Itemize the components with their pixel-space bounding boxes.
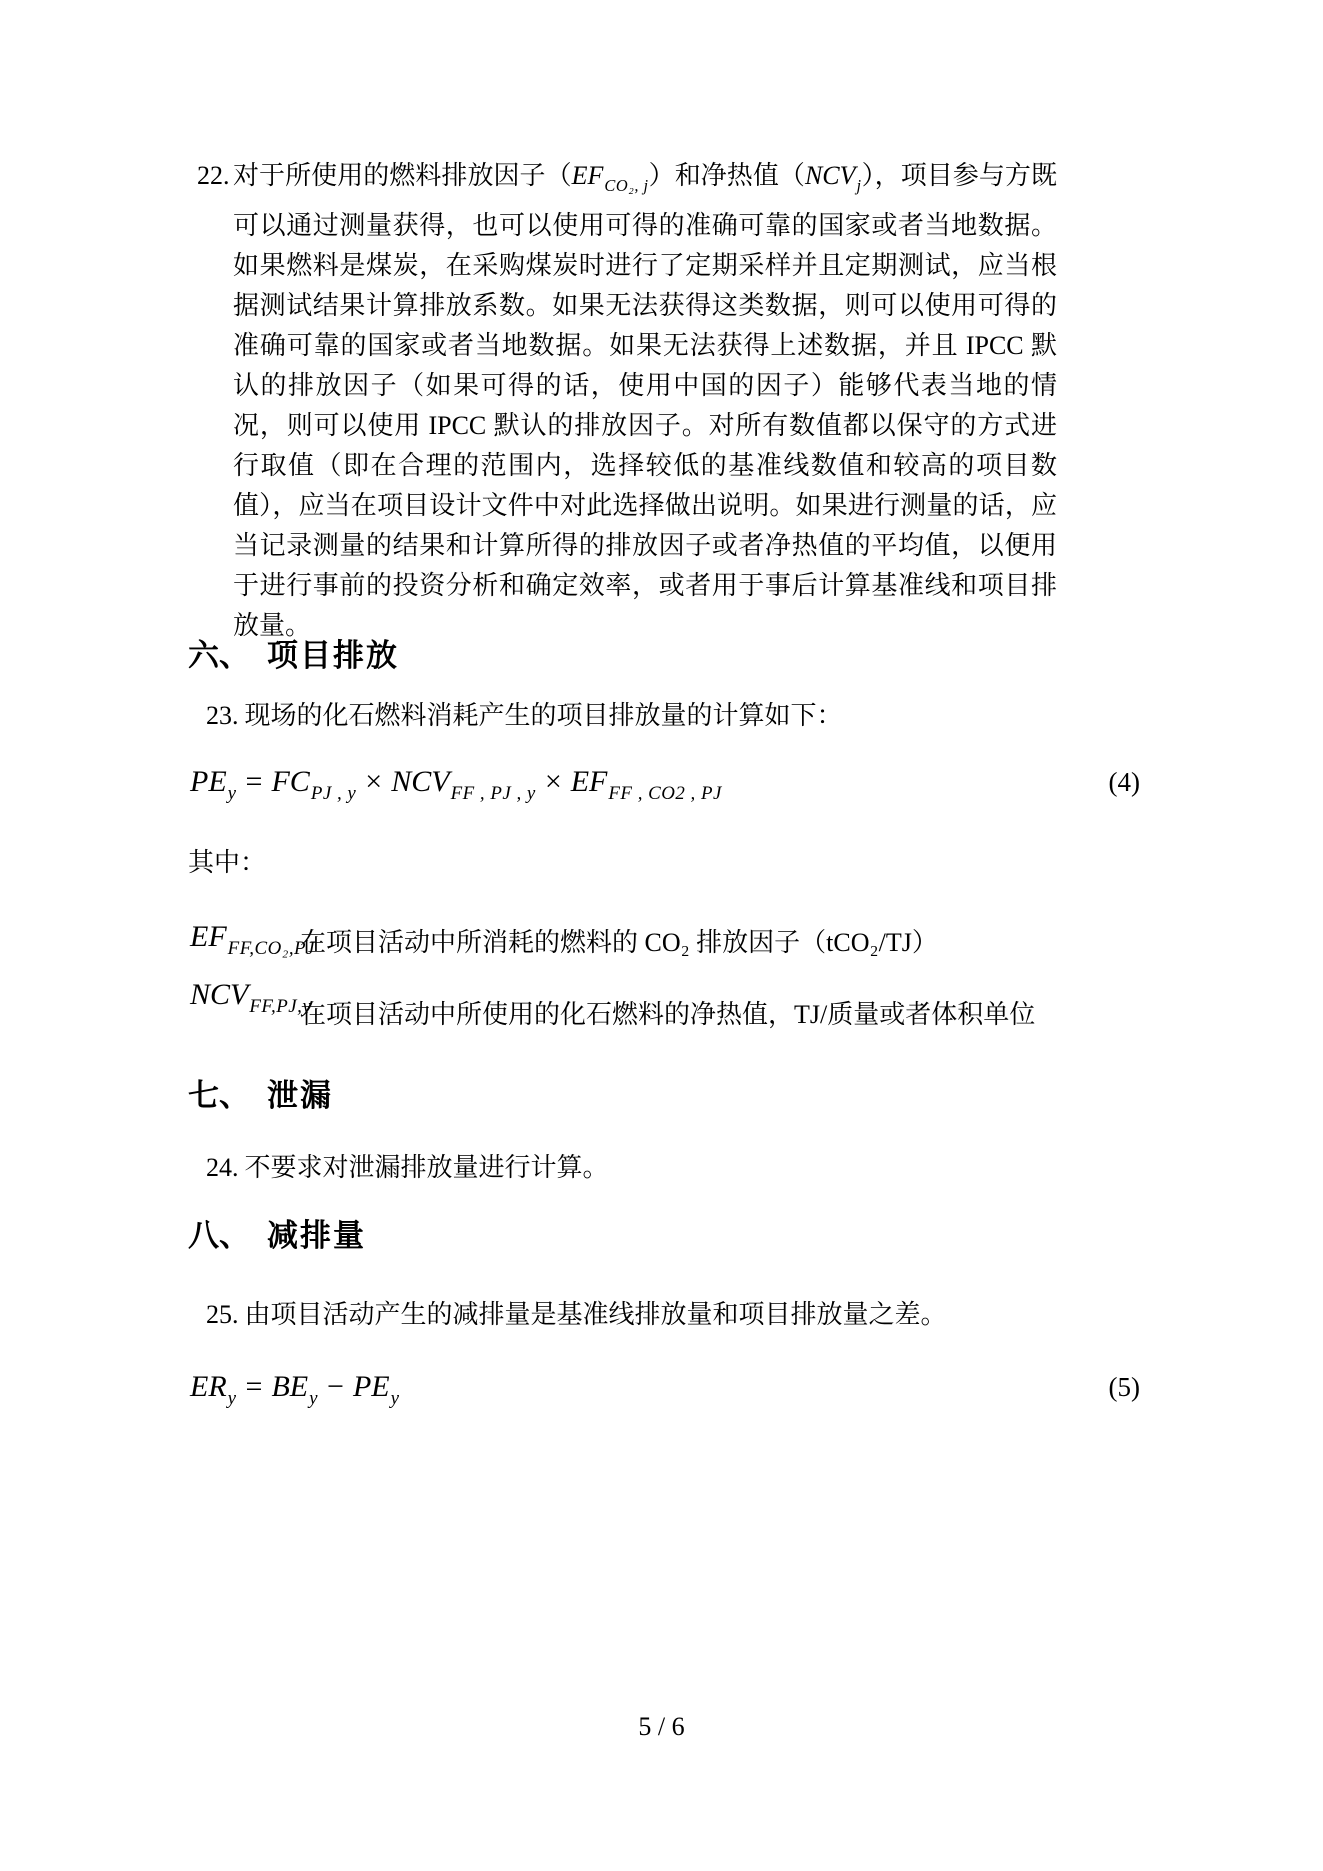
item-23-text: 现场的化石燃料消耗产生的项目排放量的计算如下： xyxy=(245,701,843,730)
equation-5-row: (5) ERy=BEy−PEy xyxy=(190,1362,1140,1424)
item-24-number: 24. xyxy=(206,1148,239,1188)
section-number: 八、 xyxy=(188,1213,267,1259)
paragraph-22-number: 22. xyxy=(197,156,230,196)
section-number: 六、 xyxy=(188,633,267,679)
equation-5-formula: ERy=BEy−PEy xyxy=(190,1370,399,1403)
item-24-text: 不要求对泄漏排放量进行计算。 xyxy=(245,1153,609,1182)
item-25-text: 由项目活动产生的减排量是基准线排放量和项目排放量之差。 xyxy=(245,1300,947,1329)
section-title: 减排量 xyxy=(267,1218,366,1253)
section-title: 项目排放 xyxy=(267,638,399,673)
item-24: 24.不要求对泄漏排放量进行计算。 xyxy=(206,1148,609,1188)
section-heading-leakage: 七、泄漏 xyxy=(188,1073,333,1119)
equation-4-number: (4) xyxy=(1109,757,1140,807)
where-label: 其中： xyxy=(188,843,266,883)
item-25-number: 25. xyxy=(206,1295,239,1335)
section-title: 泄漏 xyxy=(267,1078,333,1113)
section-heading-emission-reductions: 八、减排量 xyxy=(188,1213,366,1259)
definition-ncv-description: 在项目活动中所使用的化石燃料的净热值，TJ/质量或者体积单位 xyxy=(300,995,1070,1035)
section-heading-project-emissions: 六、项目排放 xyxy=(188,633,399,679)
item-25: 25.由项目活动产生的减排量是基准线排放量和项目排放量之差。 xyxy=(206,1295,947,1335)
paragraph-22: 对于所使用的燃料排放因子（EFCO₂, j）和净热值（NCVj），项目参与方既可… xyxy=(233,156,1057,646)
definition-ef-description: 在项目活动中所消耗的燃料的 CO₂ 排放因子（tCO₂/TJ） xyxy=(300,923,1070,963)
document-page: 22. 对于所使用的燃料排放因子（EFCO₂, j）和净热值（NCVj），项目参… xyxy=(0,0,1323,1871)
definition-ef-symbol: EFFF,CO₂,PJ xyxy=(190,917,315,969)
item-23-number: 23. xyxy=(206,696,239,736)
equation-4-row: (4) PEy=FCPJ , y×NCVFF , PJ , y×EFFF , C… xyxy=(190,757,1140,819)
section-number: 七、 xyxy=(188,1073,267,1119)
page-number: 5 / 6 xyxy=(0,1712,1323,1742)
item-23: 23.现场的化石燃料消耗产生的项目排放量的计算如下： xyxy=(206,696,843,736)
equation-5-number: (5) xyxy=(1109,1362,1140,1412)
equation-4-formula: PEy=FCPJ , y×NCVFF , PJ , y×EFFF , CO2 ,… xyxy=(190,765,722,798)
definition-ncv-symbol: NCVFF,PJ,y xyxy=(190,975,311,1027)
